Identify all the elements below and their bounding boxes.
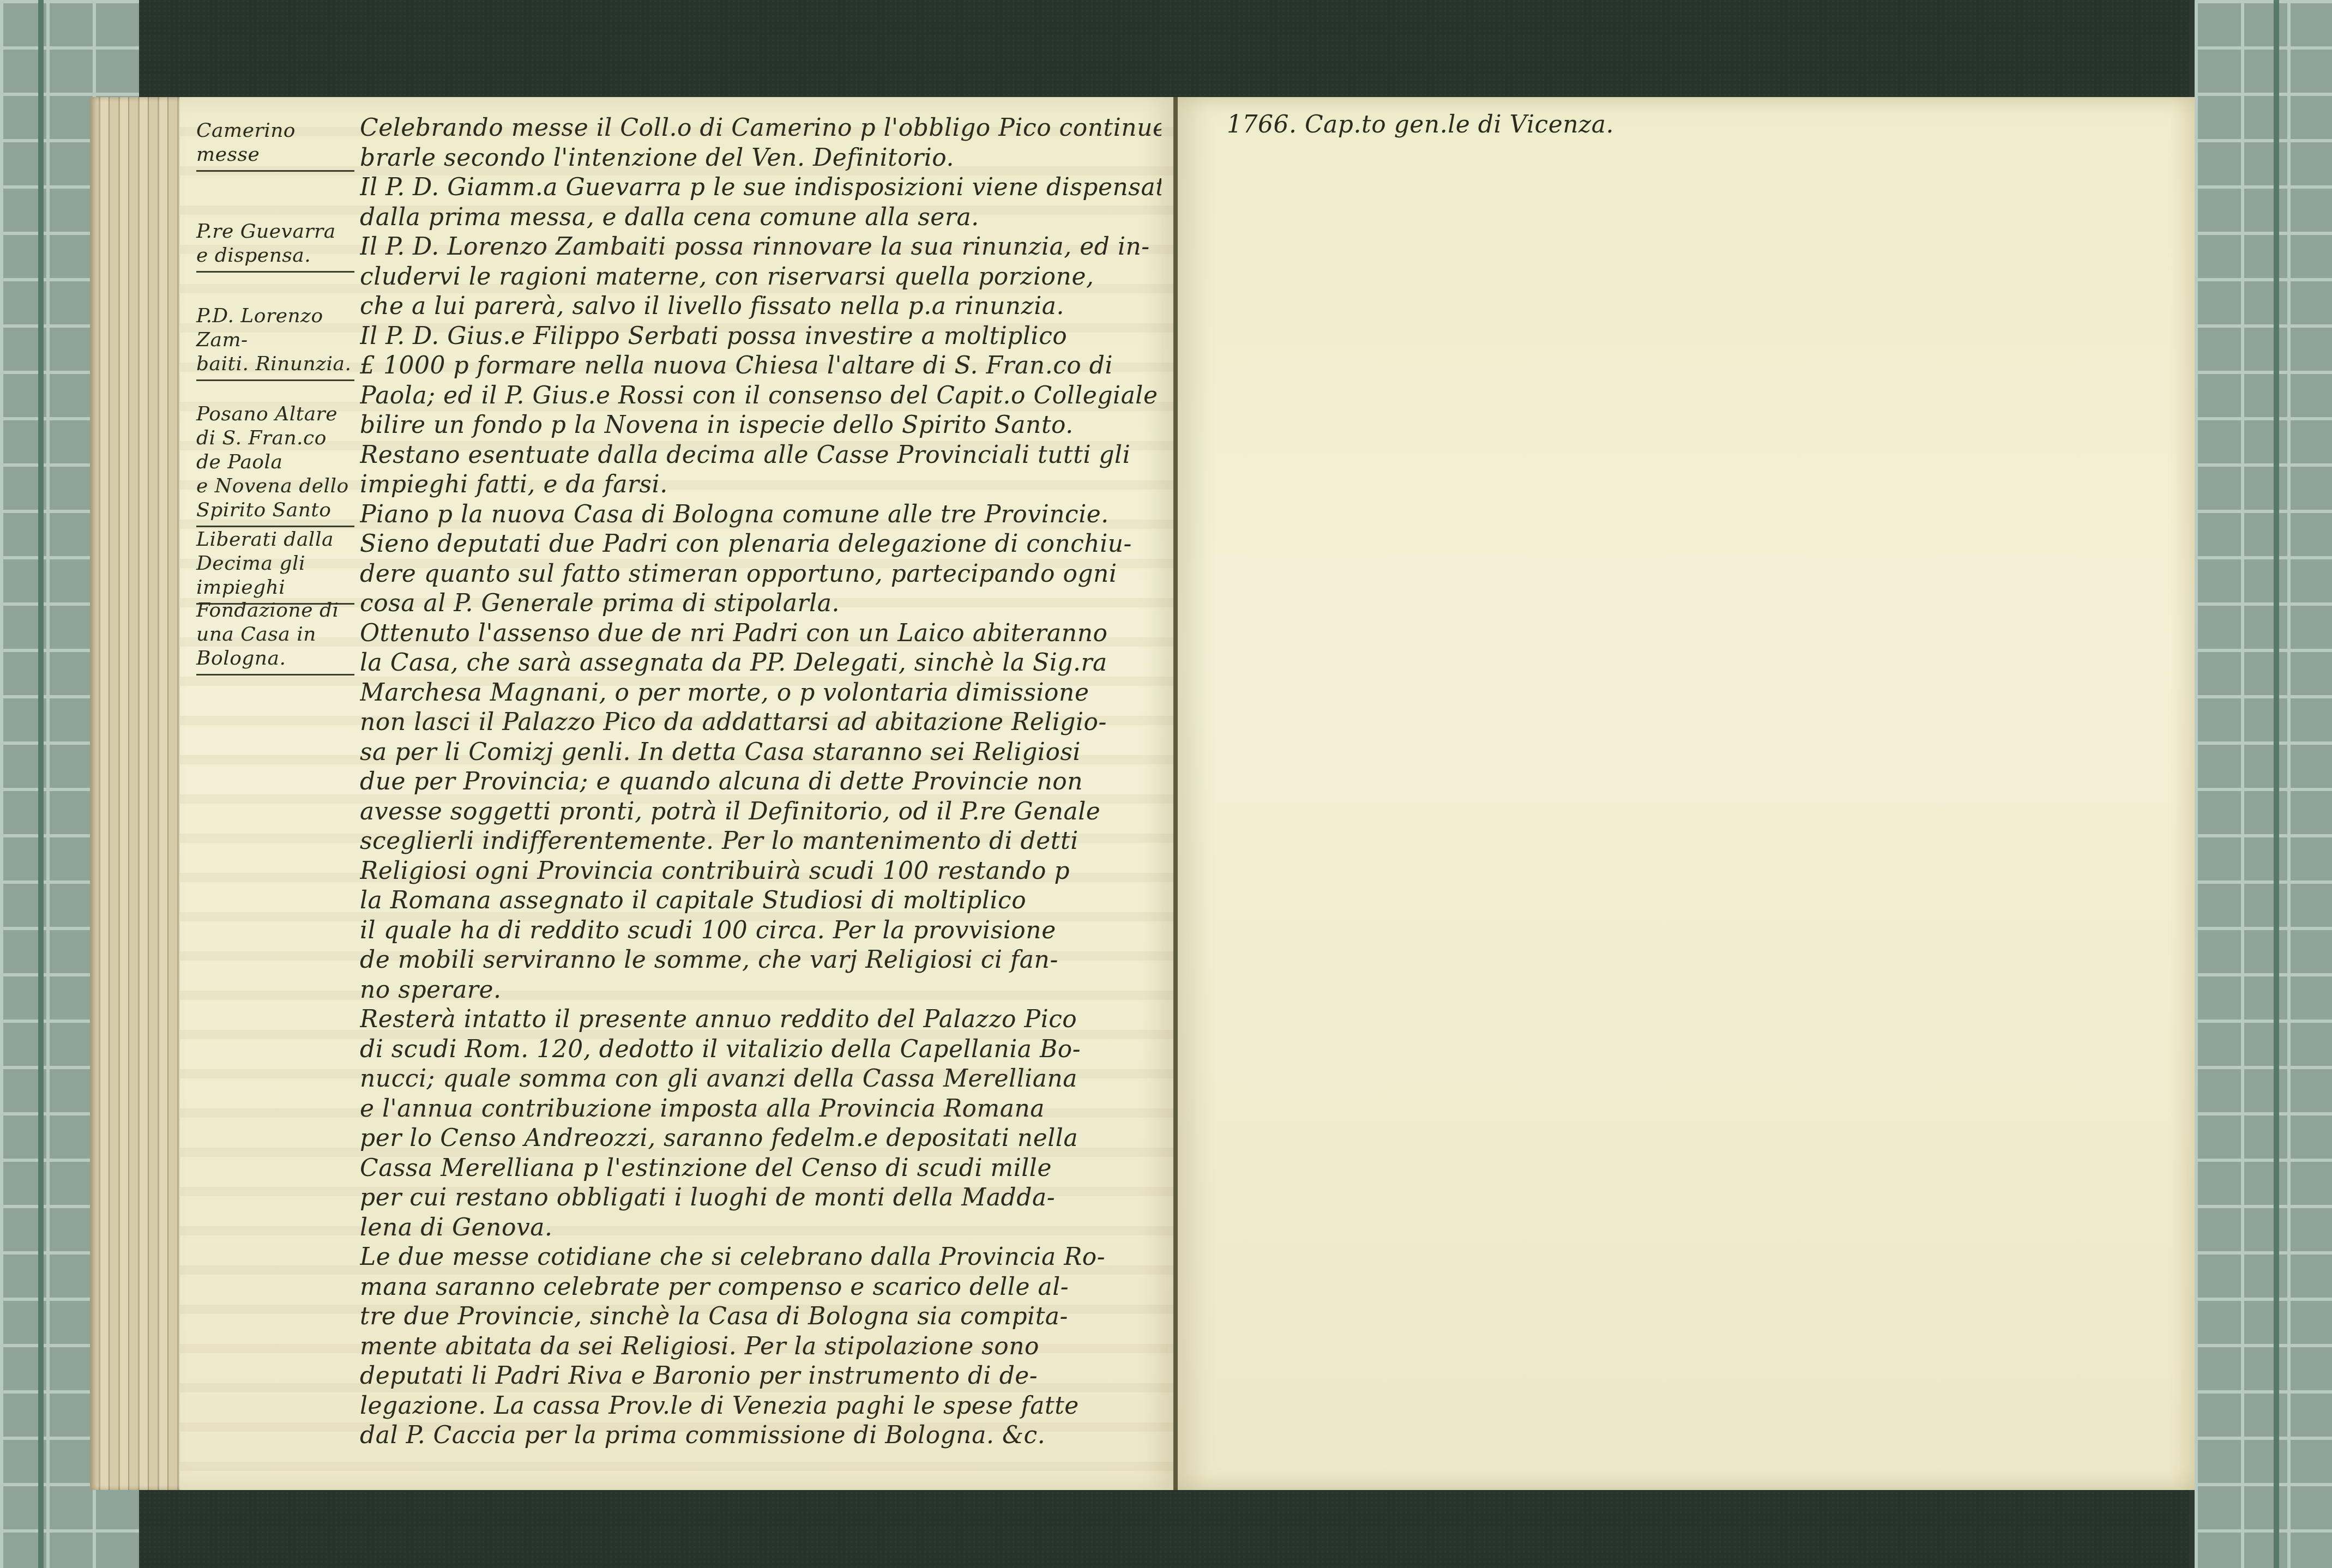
manuscript-line: de mobili serviranno le somme, che varj … (360, 945, 1161, 975)
book-gutter (1173, 97, 1178, 1490)
manuscript-line: Il P. D. Lorenzo Zambaiti possa rinnovar… (360, 232, 1161, 262)
manuscript-line: cosa al P. Generale prima di stipolarla. (360, 589, 1161, 619)
margin-note-bologna: Fondazione diuna Casa inBologna. (196, 599, 354, 676)
manuscript-line: Marchesa Magnani, o per morte, o p volon… (360, 678, 1161, 708)
manuscript-line: Religiosi ogni Provincia contribuirà scu… (360, 857, 1161, 886)
manuscript-line: legazione. La cassa Prov.le di Venezia p… (360, 1391, 1161, 1421)
margin-note-line: Decima gli impieghi (196, 552, 354, 600)
manuscript-line: Il P. D. Gius.e Filippo Serbati possa in… (360, 322, 1161, 352)
manuscript-line: deputati li Padri Riva e Baronio per ins… (360, 1361, 1161, 1391)
manuscript-line: mana saranno celebrate per compenso e sc… (360, 1273, 1161, 1302)
manuscript-line: Il P. D. Giamm.a Guevarra p le sue indis… (360, 173, 1161, 203)
margin-note-line: Camerino (196, 119, 354, 143)
margin-note-line: Fondazione di (196, 599, 354, 623)
manuscript-line: di scudi Rom. 120, dedotto il vitalizio … (360, 1035, 1161, 1065)
margin-note-line: Posano Altare (196, 402, 354, 426)
manuscript-line: bilire un fondo p la Novena in ispecie d… (360, 411, 1161, 441)
manuscript-line: la Romana assegnato il capitale Studiosi… (360, 886, 1161, 916)
margin-note-line: una Casa in (196, 623, 354, 647)
manuscript-line: impieghi fatti, e da farsi. (360, 470, 1161, 500)
margin-note-line: e dispensa. (196, 244, 354, 268)
right-page: 1766. Cap.to gen.le di Vicenza. (1178, 97, 2195, 1490)
manuscript-line: mente abitata da sei Religiosi. Per la s… (360, 1332, 1161, 1362)
margin-note-line: P.re Guevarra (196, 220, 354, 244)
manuscript-line: cludervi le ragioni materne, con riserva… (360, 262, 1161, 292)
margin-note-line: baiti. Rinunzia. (196, 352, 354, 376)
margin-note-line: di S. Fran.co de Paola (196, 426, 354, 474)
margin-note-line: Spirito Santo (196, 498, 354, 522)
margin-note-altare: Posano Altaredi S. Fran.co de Paolae Nov… (196, 402, 354, 527)
manuscript-line: Le due messe cotidiane che si celebrano … (360, 1243, 1161, 1273)
calibration-grid-right (2195, 0, 2332, 1568)
manuscript-line: tre due Provincie, sinchè la Casa di Bol… (360, 1302, 1161, 1332)
margin-note-zambaiti: P.D. Lorenzo Zam-baiti. Rinunzia. (196, 304, 354, 381)
manuscript-line: £ 1000 p formare nella nuova Chiesa l'al… (360, 351, 1161, 381)
margin-note-line: Bologna. (196, 647, 354, 671)
manuscript-line: dal P. Caccia per la prima commissione d… (360, 1421, 1161, 1451)
glass-rail-left (38, 0, 44, 1568)
manuscript-line: lena di Genova. (360, 1213, 1161, 1243)
manuscript-line: avesse soggetti pronti, potrà il Definit… (360, 797, 1161, 827)
manuscript-line: per cui restano obbligati i luoghi de mo… (360, 1183, 1161, 1213)
margin-note-camerino: Camerinomesse (196, 119, 354, 172)
margin-note-line: messe (196, 143, 354, 167)
margin-note-line: Liberati dalla (196, 528, 354, 552)
manuscript-line: Resterà intatto il presente annuo reddit… (360, 1005, 1161, 1035)
book-fore-edge (90, 97, 188, 1490)
manuscript-line: dere quanto sul fatto stimeran opportuno… (360, 559, 1161, 589)
manuscript-line: nucci; quale somma con gli avanzi della … (360, 1064, 1161, 1094)
manuscript-line: due per Provincia; e quando alcuna di de… (360, 767, 1161, 797)
manuscript-line: sceglierli indifferentemente. Per lo man… (360, 827, 1161, 857)
margin-note-line: e Novena dello (196, 474, 354, 498)
manuscript-line: no sperare. (360, 975, 1161, 1005)
manuscript-line: Sieno deputati due Padri con plenaria de… (360, 529, 1161, 559)
right-page-header: 1766. Cap.to gen.le di Vicenza. (1227, 111, 1614, 138)
manuscript-line: Piano p la nuova Casa di Bologna comune … (360, 500, 1161, 530)
manuscript-line: la Casa, che sarà assegnata da PP. Deleg… (360, 648, 1161, 678)
manuscript-line: che a lui parerà, salvo il livello fissa… (360, 292, 1161, 322)
manuscript-line: dalla prima messa, e dalla cena comune a… (360, 203, 1161, 233)
manuscript-line: Restano esentuate dalla decima alle Cass… (360, 441, 1161, 471)
manuscript-line: non lasci il Palazzo Pico da addattarsi … (360, 708, 1161, 738)
left-page: CamerinomesseP.re Guevarrae dispensa.P.D… (180, 97, 1177, 1490)
manuscript-line: Cassa Merelliana p l'estinzione del Cens… (360, 1154, 1161, 1184)
manuscript-line: e l'annua contribuzione imposta alla Pro… (360, 1094, 1161, 1124)
manuscript-line: per lo Censo Andreozzi, saranno fedelm.e… (360, 1124, 1161, 1154)
margin-note-decima: Liberati dallaDecima gli impieghi (196, 528, 354, 605)
glass-rail-right (2274, 0, 2279, 1568)
margin-note-guevarra: P.re Guevarrae dispensa. (196, 220, 354, 273)
body-text: Celebrando messe il Coll.o di Camerino p… (360, 113, 1161, 1451)
manuscript-line: Paola; ed il P. Gius.e Rossi con il cons… (360, 381, 1161, 411)
manuscript-line: sa per li Comizj genli. In detta Casa st… (360, 738, 1161, 768)
manuscript-line: Celebrando messe il Coll.o di Camerino p… (360, 113, 1161, 143)
margin-note-line: P.D. Lorenzo Zam- (196, 304, 354, 352)
manuscript-line: brarle secondo l'intenzione del Ven. Def… (360, 143, 1161, 173)
manuscript-line: Ottenuto l'assenso due de nri Padri con … (360, 619, 1161, 649)
manuscript-line: il quale ha di reddito scudi 100 circa. … (360, 916, 1161, 946)
